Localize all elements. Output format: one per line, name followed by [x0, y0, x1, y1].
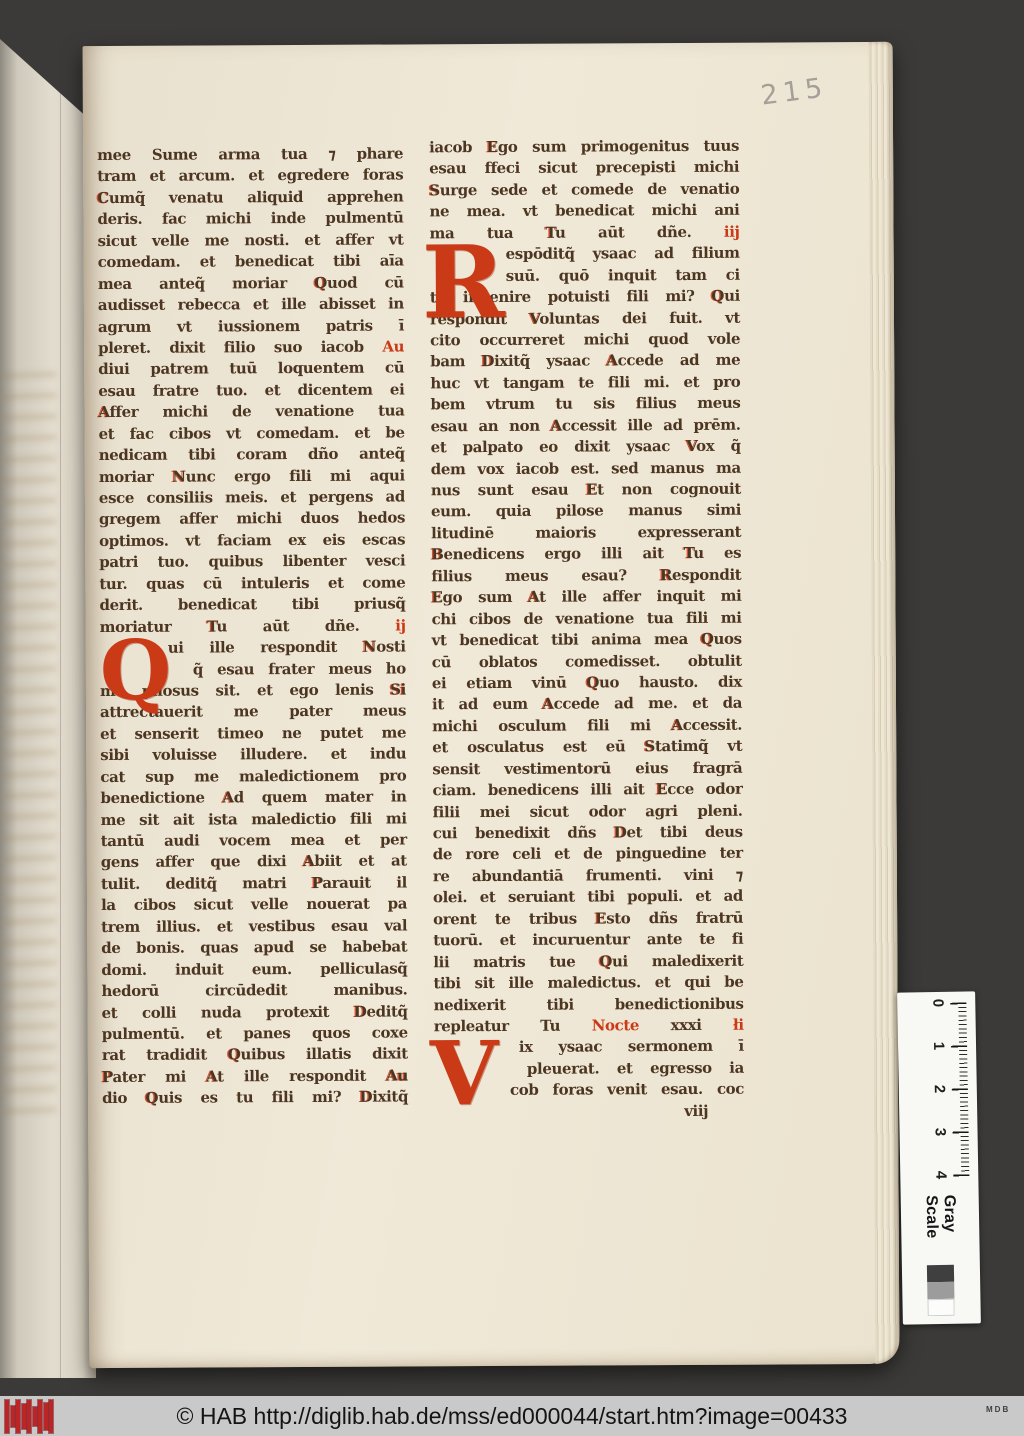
ink-text: diui patrem tuū loquentem cū [98, 359, 404, 379]
ink-text: esau ffeci sicut precepisti michi [429, 158, 739, 178]
ink-text: optimos. vt faciam ex eis escas [99, 530, 405, 550]
manuscript-line: comedam. et benedicat tibi aīa [98, 251, 404, 274]
ink-text: uod cū [327, 273, 404, 291]
manuscript-line: litudinē maioris expresserant [431, 522, 741, 545]
ink-text: tibi sit ille maledictus. et qui be [433, 973, 743, 993]
ink-text: ccessit. [683, 715, 742, 733]
ink-text: ixitq̃ [372, 1088, 408, 1106]
manuscript-line: Ego sum At ille affer inquit mi [431, 586, 741, 609]
ink-text: espondit [672, 565, 741, 583]
ink-text: benedictione [100, 789, 222, 808]
manuscript-line: huc vt tangam te fili mi. et pro [430, 372, 740, 395]
ink-text: rat tradidit [102, 1046, 228, 1065]
rubric-text: ij [395, 616, 405, 634]
ink-text: u aūt dñe. [555, 223, 724, 242]
ink-text: Q [701, 630, 714, 648]
manuscript-line: et colli nuda protexit Deditq̃ [102, 1001, 408, 1024]
ink-text: uos [713, 630, 741, 648]
ink-text: ixitq̃ ysaac [494, 352, 606, 371]
manuscript-line: orent te tribus Esto dñs fratrū [433, 907, 743, 930]
ink-text: patri tuo. quibus libenter vesci [99, 552, 405, 572]
ink-text: u aūt dñe. [216, 616, 395, 635]
ink-text: A [606, 352, 617, 370]
ink-text: osti [376, 638, 406, 656]
manuscript-line: et senserit timeo ne putet me [100, 722, 406, 745]
ink-text: ne mea. vt benedicat michi ani [429, 201, 739, 221]
ink-text: michi osculum fili mi [432, 716, 671, 735]
ink-text: E [431, 588, 442, 606]
ink-text: gens affer que dixi [101, 852, 303, 871]
manuscript-line: pulmentū. et panes quos coxe [102, 1022, 408, 1045]
manuscript-line: cū oblatos comedisset. obtulit [432, 650, 742, 673]
ink-text: re abundantiā frumenti. vini ⁊ [433, 866, 743, 886]
ink-text: iacob [429, 138, 487, 156]
ink-text: lii matris tue [433, 952, 599, 971]
ink-text: N [172, 467, 185, 485]
manuscript-line: sensit vestimentorū eius fragrā [432, 757, 742, 780]
manuscript-line: la cibos sicut velle nouerat pa [101, 894, 407, 917]
ink-text: viij [684, 1102, 708, 1120]
ink-text: huc vt tangam te fili mi. et pro [430, 373, 740, 393]
ink-text: sto dñs fratrū [606, 908, 743, 927]
ink-text: ccede ad me. et da [554, 694, 742, 713]
ink-text: A [222, 788, 233, 806]
ink-text: Q [711, 287, 724, 305]
manuscript-line: et fac cibos vt comedam. et be [99, 422, 405, 445]
ink-text: la cibos sicut velle nouerat pa [101, 895, 407, 915]
ink-text: nus sunt esau [431, 480, 586, 499]
ink-text: Si [390, 680, 406, 698]
manuscript-line: cui benedixit dñs Det tibi deus [433, 822, 743, 845]
ink-text: Au [386, 1066, 408, 1084]
ink-text: eum. quia pilose manus simi [431, 501, 741, 521]
ink-text: ccessit ille ad prēm. [562, 415, 741, 434]
manuscript-line: bem vtrum tu sis filius meus [430, 393, 740, 416]
manuscript-line: Affer michi de venatione tua [98, 401, 404, 424]
ink-text: P [312, 874, 323, 892]
manuscript-line: eum. quia pilose manus simi [431, 500, 741, 523]
manuscript-line: mea anteq̃ moriar Quod cū [98, 272, 404, 295]
manuscript-line: audisset rebecca et ille abisset in [98, 294, 404, 317]
ink-text: T [546, 223, 555, 241]
ink-text: biit et at [314, 852, 407, 870]
ink-text: pleuerat. et egresso ia [527, 1058, 744, 1077]
ink-text: T [207, 617, 216, 635]
manuscript-line: bam Dixitq̃ ysaac Accede ad me [430, 350, 740, 373]
manuscript-line: tuorū. et incuruentur ante te fi [433, 929, 743, 952]
ink-text: suū. quō inquit tam ci [506, 265, 740, 284]
ink-text: ffer michi de venatione tua [109, 402, 404, 422]
ink-text: bam [430, 352, 481, 370]
ink-text: t ille respondit [217, 1066, 386, 1085]
manuscript-line: nedicam tibi coram dño anteq̃ [99, 444, 405, 467]
ink-text: A [303, 852, 314, 870]
ink-text: E [487, 138, 498, 156]
manuscript-line: agrum vt iussionem patris ī [98, 315, 404, 338]
manuscript-line: sibi voluisse illudere. et indu [100, 744, 406, 767]
ink-text: uis es tu fili mi? [158, 1088, 360, 1107]
ink-text: olei. et seruiant tibi populi. et ad [433, 887, 743, 907]
gray-scale-card: 01234 Gray Scale [897, 991, 981, 1324]
ink-text: go sum primogenitus tuus [498, 137, 739, 156]
ink-text: bem vtrum tu sis filius meus [430, 394, 740, 414]
manuscript-line: dio Quis es tu fili mi? Dixitq̃ [102, 1087, 408, 1110]
ruler-ticks: 01234 [898, 994, 977, 1195]
ink-text: hedorū circūdedit manibus. [101, 981, 407, 1001]
manuscript-line: diui patrem tuū loquentem cū [98, 358, 404, 381]
manuscript-line: mee Sume arma tua ⁊ phare [97, 143, 403, 166]
ink-text: urge sede et comede de venatio [440, 180, 740, 200]
manuscript-line: Surge sede et comede de venatio [429, 179, 739, 202]
ink-text: tatimq̃ vt [655, 737, 742, 755]
ink-text: t ille affer inquit mi [539, 587, 741, 606]
ruler-number: 2 [931, 1082, 948, 1096]
manuscript-line: esce consiliis meis. et pergens ad [99, 486, 405, 509]
manuscript-line: hedorū circūdedit manibus. [101, 980, 407, 1003]
manuscript-line: optimos. vt faciam ex eis escas [99, 529, 405, 552]
manuscript-line: it ad eum Accede ad me. et da [432, 693, 742, 716]
manuscript-line: lii matris tue Qui maledixerit [433, 950, 743, 973]
ink-text: nedixerit tibi benedictionibus [434, 994, 744, 1014]
ink-text: cce odor [667, 780, 742, 798]
facing-page-edge [0, 14, 96, 1378]
manuscript-line: esau ffeci sicut precepisti michi [429, 157, 739, 180]
manuscript-line: nus sunt esau Et non cognouit [431, 479, 741, 502]
manuscript-line: rat tradidit Quibus illatis dixit [102, 1044, 408, 1067]
ink-text: pulmentū. et panes quos coxe [102, 1023, 408, 1043]
ink-text: tram et arcum. et egredere foras [97, 166, 403, 186]
ink-text: deris. fac michi inde pulmentū [97, 209, 403, 229]
rubric-text: Au [382, 337, 404, 355]
ink-text: et tibi deus [626, 823, 742, 842]
manuscript-line: vt benedicat tibi anima mea Quos [432, 629, 742, 652]
show-through-text [4, 364, 56, 1114]
manuscript-line: tulit. deditq̃ matri Parauit il [101, 872, 407, 895]
ink-text: mea anteq̃ moriar [98, 274, 315, 293]
ink-text: A [206, 1067, 217, 1085]
ink-text: cat sup me maledictionem pro [100, 766, 406, 786]
manuscript-line: gregem affer michi duos hedos [99, 508, 405, 531]
ink-text: et fac cibos vt comedam. et be [99, 423, 405, 443]
manuscript-line: moriar Nunc ergo fili mi aqui [99, 465, 405, 488]
manuscript-line: cat sup me maledictionem pro [100, 765, 406, 788]
manuscript-line: ciam. benedicens illi ait Ecce odor [432, 779, 742, 802]
ink-text: audisset rebecca et ille abisset in [98, 295, 404, 315]
folio-number-pencil: 215 [759, 72, 829, 111]
ink-text: B [431, 546, 443, 564]
manuscript-line: Vix ysaac sermonem ī [434, 1036, 744, 1059]
ink-text: dio [102, 1089, 146, 1107]
ink-text: t non cognouit [597, 480, 741, 499]
ink-text: derit. benedicat tibi priusq̃ [99, 595, 405, 615]
ink-text: q̃ esau frater meus ho [193, 659, 406, 678]
ink-text: gregem affer michi duos hedos [99, 509, 405, 529]
text-column-right: iacob Ego sum primogenitus tuusesau ffec… [429, 136, 744, 1124]
ink-text: uo hausto. dix [599, 673, 742, 692]
ink-text: cū oblatos comedisset. obtulit [432, 651, 742, 671]
ink-text: sicut velle me nosti. et affer vt [98, 230, 404, 250]
manuscript-line: patri tuo. quibus libenter vesci [99, 551, 405, 574]
ink-text: Q [145, 1089, 158, 1107]
manuscript-line: derit. benedicat tibi priusq̃ [99, 594, 405, 617]
manuscript-line: de rore celi et de pinguedine ter [433, 843, 743, 866]
gray-swatch-mid [928, 1282, 955, 1299]
ink-text: tur. quas cū intuleris et come [99, 573, 405, 593]
manuscript-line: Qui ille respondit Nosti [100, 637, 406, 660]
ink-text: R [660, 566, 672, 584]
centimeter-ticks [950, 1003, 969, 1181]
ruler-number: 0 [929, 996, 946, 1010]
ink-text: et palpato eo dixit ysaac [431, 437, 687, 456]
ink-text: it ad eum [432, 695, 542, 714]
ink-text: agrum vt iussionem patris ī [98, 316, 404, 336]
ink-text: domi. induit eum. pelliculasq̃ [101, 959, 407, 979]
manuscript-line: esau an non Accessit ille ad prēm. [430, 414, 740, 437]
ink-text: esau an non [430, 416, 550, 435]
ink-text: D [354, 1002, 367, 1020]
ink-text: orent te tribus [433, 909, 595, 928]
ink-text: tuorū. et incuruentur ante te fi [433, 930, 743, 950]
ink-text: pleret. dixit filio suo iacob [98, 338, 382, 357]
ink-text: uibus illatis dixit [240, 1045, 407, 1064]
manuscript-line: tibi sit ille maledictus. et qui be [433, 972, 743, 995]
caption-bar: © HAB http://diglib.hab.de/mss/ed000044/… [0, 1396, 1024, 1436]
ink-text: espōditq̃ ysaac ad filium [506, 244, 740, 263]
ink-text: comedam. et benedicat tibi aīa [98, 252, 404, 272]
manuscript-line: me sit ait ista maledictio fili mi [101, 808, 407, 831]
ink-text: ui [724, 287, 740, 305]
rubric-text: łi [733, 1016, 744, 1034]
manuscript-line: re abundantiā frumenti. vini ⁊ [433, 865, 743, 888]
ruler-number: 3 [931, 1125, 948, 1139]
ink-text: Q [586, 673, 599, 691]
ink-text: E [586, 480, 597, 498]
manuscript-line: Benedicens ergo illi ait Tu es [431, 543, 741, 566]
manuscript-line: tantū audi vocem mea et per [101, 829, 407, 852]
manuscript-line: tur. quas cū intuleris et come [99, 572, 405, 595]
rubricated-initial: V [430, 1029, 498, 1117]
ink-text: et senserit timeo ne putet me [100, 723, 406, 743]
gray-scale-label: Gray Scale [922, 1195, 959, 1266]
ink-text: oluntas dei fuit. vt [539, 308, 740, 327]
ink-text: moriar [99, 467, 173, 485]
manuscript-line: chi cibos de venatione tua fili mi [431, 607, 741, 630]
ink-text: N [363, 638, 376, 656]
ink-text: ui maledixerit [612, 951, 743, 970]
manuscript-line: et palpato eo dixit ysaac Vox q̃ [431, 436, 741, 459]
manuscript-line: de bonis. quas apud se habebat [101, 937, 407, 960]
ink-text: D [360, 1088, 373, 1106]
rubric-text: Nocte [592, 1016, 639, 1034]
ink-text: A [98, 403, 109, 421]
ink-text: E [656, 780, 667, 798]
ink-text: S [644, 737, 655, 755]
ink-text: Q [314, 273, 327, 291]
ink-text: filius meus esau? [431, 566, 660, 585]
ink-text: A [551, 416, 562, 434]
scanner-watermark: MDB [986, 1405, 1010, 1414]
ink-text: mee Sume arma tua ⁊ phare [97, 144, 403, 164]
ink-text: A [542, 695, 553, 713]
ink-text: D [481, 352, 494, 370]
manuscript-line: filius meus esau? Respondit [431, 564, 741, 587]
ink-text: xxxi [639, 1016, 733, 1034]
ink-text: arauit il [322, 873, 407, 891]
rubricated-initial: R [422, 232, 505, 332]
ink-text: ciam. benedicens illi ait [432, 780, 656, 799]
manuscript-scan-photo: 215 mee Sume arma tua ⁊ pharetram et arc… [0, 0, 1024, 1436]
manuscript-line: deris. fac michi inde pulmentū [97, 208, 403, 231]
ink-text: esau fratre tuo. et dicentem ei [98, 380, 404, 400]
ink-text: cui benedixit dñs [433, 823, 614, 842]
rubricated-initial: Q [100, 630, 171, 712]
ruler-number: 1 [930, 1039, 947, 1053]
ink-text: V [529, 309, 539, 327]
ink-text: sensit vestimentorū eius fragrā [432, 758, 742, 778]
ink-text: esce consiliis meis. et pergens ad [99, 487, 405, 507]
gray-swatch-dark [927, 1265, 954, 1282]
manuscript-line: dem vox iacob est. sed manus ma [431, 457, 741, 480]
ink-text: et colli nuda protexit [102, 1002, 354, 1021]
ink-text: ix ysaac sermonem ī [519, 1037, 744, 1056]
rubric-text: iij [724, 222, 740, 240]
ink-text: C [97, 189, 109, 207]
manuscript-line: olei. et seruiant tibi populi. et ad [433, 886, 743, 909]
manuscript-line: ei etiam vinū Quo hausto. dix [432, 672, 742, 695]
manuscript-line: Respōditq̃ ysaac ad filium [430, 243, 740, 266]
page-fore-edge [869, 42, 900, 1364]
ink-text: nedicam tibi coram dño anteq̃ [99, 445, 405, 465]
ink-text: sibi voluisse illudere. et indu [100, 745, 406, 765]
ink-text: d quem mater in [234, 788, 407, 807]
ink-text: et osculatus est eū [432, 737, 644, 756]
manuscript-line: et osculatus est eū Statimq̃ vt [432, 736, 742, 759]
manuscript-line: sicut velle me nosti. et affer vt [98, 229, 404, 252]
ink-text: cob foras venit esau. coc [510, 1080, 744, 1099]
ink-text: E [595, 909, 606, 927]
ink-text: vt benedicat tibi anima mea [432, 630, 701, 649]
ink-text: S [429, 181, 440, 199]
ink-text: u es [693, 544, 741, 562]
text-column-left: mee Sume arma tua ⁊ pharetram et arcum. … [97, 143, 408, 1109]
copyright-caption: © HAB http://diglib.hab.de/mss/ed000044/… [0, 1396, 1024, 1436]
manuscript-line: domi. induit eum. pelliculasq̃ [101, 958, 407, 981]
ink-text: litudinē maioris expresserant [431, 523, 741, 543]
ink-text: me sit ait ista maledictio fili mi [101, 809, 407, 829]
ink-text: D [614, 823, 627, 841]
ink-text: go sum [442, 588, 528, 606]
ink-text: Q [599, 952, 612, 970]
manuscript-line: pleret. dixit filio suo iacob Au [98, 336, 404, 359]
manuscript-line: gens affer que dixi Abiit et at [101, 851, 407, 874]
ink-text: filii mei sicut odor agri pleni. [433, 801, 743, 821]
gray-scale-strip: 01234 Gray Scale [898, 994, 980, 1321]
manuscript-line: Cumq̃ venatu aliquid apprehen [97, 186, 403, 209]
ink-text: A [528, 588, 539, 606]
ink-text: tantū audi vocem mea et per [101, 830, 407, 850]
ink-text: P [102, 1068, 113, 1086]
manuscript-line: trem illius. et vestibus esau val [101, 915, 407, 938]
manuscript-page: 215 mee Sume arma tua ⁊ pharetram et arc… [83, 42, 900, 1368]
ink-text: chi cibos de venatione tua fili mi [432, 608, 742, 628]
ink-text: de bonis. quas apud se habebat [101, 938, 407, 958]
ink-text: umq̃ venatu aliquid apprehen [109, 187, 404, 207]
ink-text: dem vox iacob est. sed manus ma [431, 458, 741, 478]
ink-text: enedicens ergo illi ait [443, 544, 683, 563]
manuscript-line: tram et arcum. et egredere foras [97, 165, 403, 188]
manuscript-line: benedictione Ad quem mater in [100, 787, 406, 810]
ink-text: ater mi [112, 1067, 206, 1085]
gray-swatch-white [928, 1299, 955, 1316]
ink-text: ccede ad me [618, 351, 741, 370]
manuscript-line: filii mei sicut odor agri pleni. [433, 800, 743, 823]
manuscript-line: iacob Ego sum primogenitus tuus [429, 136, 739, 159]
ink-text: editq̃ [366, 1002, 407, 1020]
ink-text: de rore celi et de pinguedine ter [433, 844, 743, 864]
manuscript-line: michi osculum fili mi Accessit. [432, 714, 742, 737]
ink-text: Q [228, 1046, 241, 1064]
ink-text: ox q̃ [696, 437, 741, 455]
manuscript-line: nedixerit tibi benedictionibus [434, 993, 744, 1016]
ink-text: unc ergo fili mi aqui [186, 466, 405, 485]
ink-text: tulit. deditq̃ matri [101, 874, 312, 893]
manuscript-line: Pater mi At ille respondit Au [102, 1065, 408, 1088]
ink-text: trem illius. et vestibus esau val [101, 916, 407, 936]
ink-text: ui ille respondit [168, 638, 363, 657]
ink-text: T [684, 544, 693, 562]
manuscript-line: ne mea. vt benedicat michi ani [429, 200, 739, 223]
manuscript-line: esau fratre tuo. et dicentem ei [98, 379, 404, 402]
ruler-number: 4 [932, 1168, 949, 1182]
ink-text: A [671, 716, 682, 734]
gray-swatches [927, 1265, 955, 1316]
ink-text: ei etiam vinū [432, 673, 587, 692]
